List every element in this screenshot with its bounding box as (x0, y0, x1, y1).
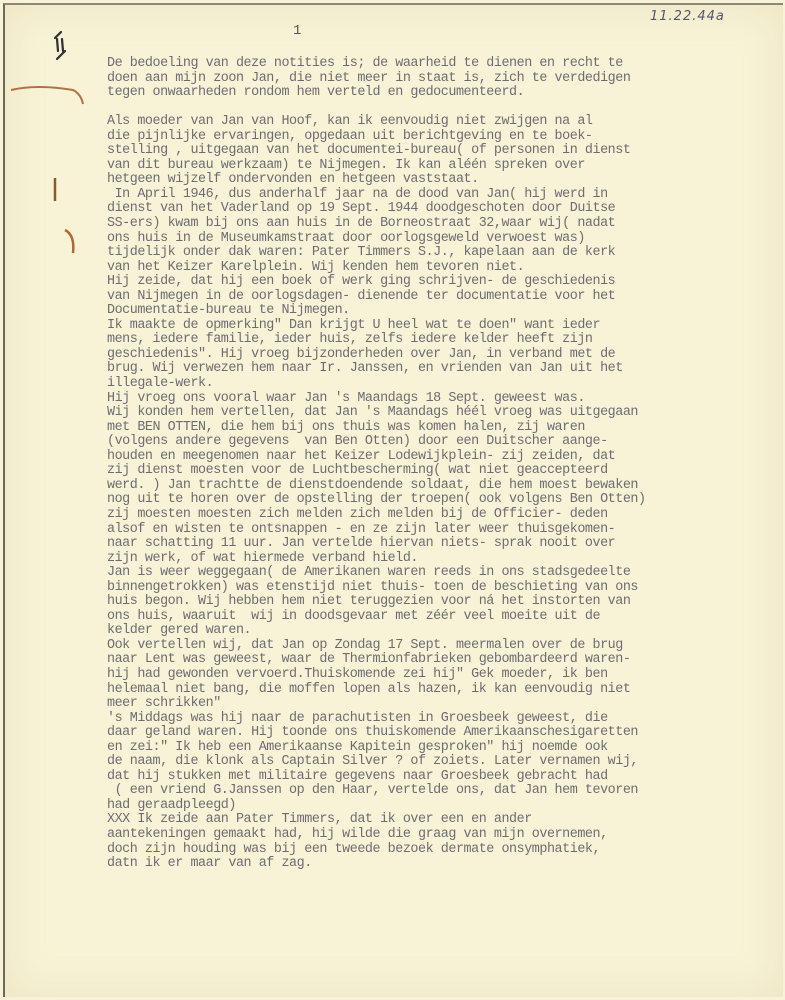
pencil-bracket-small (61, 227, 81, 257)
text-line: tegen onwaarheden rondom hem verteld en … (107, 86, 777, 101)
text-line: mens, iedere familie, ieder huis, zelfs … (107, 333, 777, 348)
text-line: hetgeen wijzelf ondervonden en hetgeen v… (107, 173, 777, 188)
text-line: Als moeder van Jan van Hoof, kan ik eenv… (107, 115, 777, 130)
text-line: die pijnlijke ervaringen, opgedaan uit b… (107, 130, 777, 145)
text-line: SS-ers) kwam bij ons aan huis in de Born… (107, 217, 777, 232)
text-line: Ook vertellen wij, dat Jan op Zondag 17 … (107, 639, 777, 654)
text-line: zijn werk, of wat hiermede verband hield… (107, 552, 777, 567)
text-line: doch zijn houding was bij een tweede bez… (107, 843, 777, 858)
text-line: meer schrikken" (107, 697, 777, 712)
text-line: en zei:" Ik heb een Amerikaanse Kapitein… (107, 741, 777, 756)
text-line: brug. Wij verwezen hem naar Ir. Janssen,… (107, 362, 777, 377)
text-line: geschiedenis". Hij vroeg bijzonderheden … (107, 348, 777, 363)
text-line: kelder gered waren. (107, 624, 777, 639)
text-line: hij had gewonden vervoerd.Thuiskomende z… (107, 668, 777, 683)
text-line: van het Keizer Karelplein. Wij kenden he… (107, 261, 777, 276)
text-line: De bedoeling van deze notities is; de wa… (107, 57, 777, 72)
text-line: houden en meegenomen naar het Keizer Lod… (107, 450, 777, 465)
text-line: helemaal niet bang, die moffen lopen als… (107, 683, 777, 698)
text-line: van Nijmegen in de oorlogsdagen- dienend… (107, 290, 777, 305)
paragraph-gap (107, 101, 777, 116)
text-line: ons huis in de Museumkamstraat door oorl… (107, 232, 777, 247)
text-line: Hij vroeg ons vooral waar Jan 's Maandag… (107, 392, 777, 407)
text-line: dienst van het Vaderland op 19 Sept. 194… (107, 202, 777, 217)
text-line: ons huis, waaruit wij in doodsgevaar met… (107, 610, 777, 625)
text-line: huis begon. Wij hebben hem niet teruggez… (107, 595, 777, 610)
archive-number: 11.22.44a (650, 9, 725, 24)
text-line: aantekeningen gemaakt had, hij wilde die… (107, 828, 777, 843)
text-line: naar schatting 11 uur. Jan vertelde hier… (107, 537, 777, 552)
text-line: nog uit te horen over de opstelling der … (107, 493, 777, 508)
text-line: werd. ) Jan trachtte de dienstdoendende … (107, 479, 777, 494)
text-line: (volgens andere gegevens van Ben Otten) … (107, 435, 777, 450)
text-line: zij moesten moesten zich melden zich mel… (107, 508, 777, 523)
text-line: Ik maakte de opmerking" Dan krijgt U hee… (107, 319, 777, 334)
text-line: binnengetrokken) was etenstijd niet thui… (107, 581, 777, 596)
document-page: 11.22.44a 1 De bedoeling van deze notiti… (3, 3, 783, 997)
text-line: daar geland waren. Hij toonde ons thuisk… (107, 726, 777, 741)
text-line: tijdelijk onder dak waren: Pater Timmers… (107, 246, 777, 261)
text-line: had geraadpleegd) (107, 799, 777, 814)
typewritten-body: De bedoeling van deze notities is; de wa… (107, 57, 777, 872)
text-line: van dit bureau werkzaam) te Nijmegen. Ik… (107, 159, 777, 174)
text-line: ( een vriend G.Janssen op den Haar, vert… (107, 784, 777, 799)
page-number: 1 (293, 23, 301, 39)
text-line: 's Middags was hij naar de parachutisten… (107, 712, 777, 727)
pencil-bracket-mark (7, 80, 87, 110)
text-line: stelling , uitgegaan van het documentei-… (107, 144, 777, 159)
text-line: datn ik er maar van af zag. (107, 857, 777, 872)
text-line: XXX Ik zeide aan Pater Timmers, dat ik o… (107, 813, 777, 828)
text-line: zij dienst moesten voor de Luchtbescherm… (107, 464, 777, 479)
text-line: de naam, die klonk als Captain Silver ? … (107, 755, 777, 770)
text-line: In April 1946, dus anderhalf jaar na de … (107, 188, 777, 203)
text-line: illegale-werk. (107, 377, 777, 392)
text-line: dat hij stukken met militaire gegevens n… (107, 770, 777, 785)
text-line: alsof en wisten te ontsnappen - en ze zi… (107, 523, 777, 538)
text-line: naar Lent was geweest, waar de Thermionf… (107, 653, 777, 668)
text-line: Wij konden hem vertellen, dat Jan 's Maa… (107, 406, 777, 421)
text-line: Jan is weer weggegaan( de Amerikanen war… (107, 566, 777, 581)
text-line: Hij zeide, dat hij een boek of werk ging… (107, 275, 777, 290)
text-line: doen aan mijn zoon Jan, die niet meer in… (107, 72, 777, 87)
margin-roman-numeral-mark (45, 29, 75, 69)
text-line: Documentatie-bureau te Nijmegen. (107, 304, 777, 319)
text-line: met BEN OTTEN, die hem bij ons thuis was… (107, 421, 777, 436)
pencil-tick-mark (49, 175, 69, 205)
